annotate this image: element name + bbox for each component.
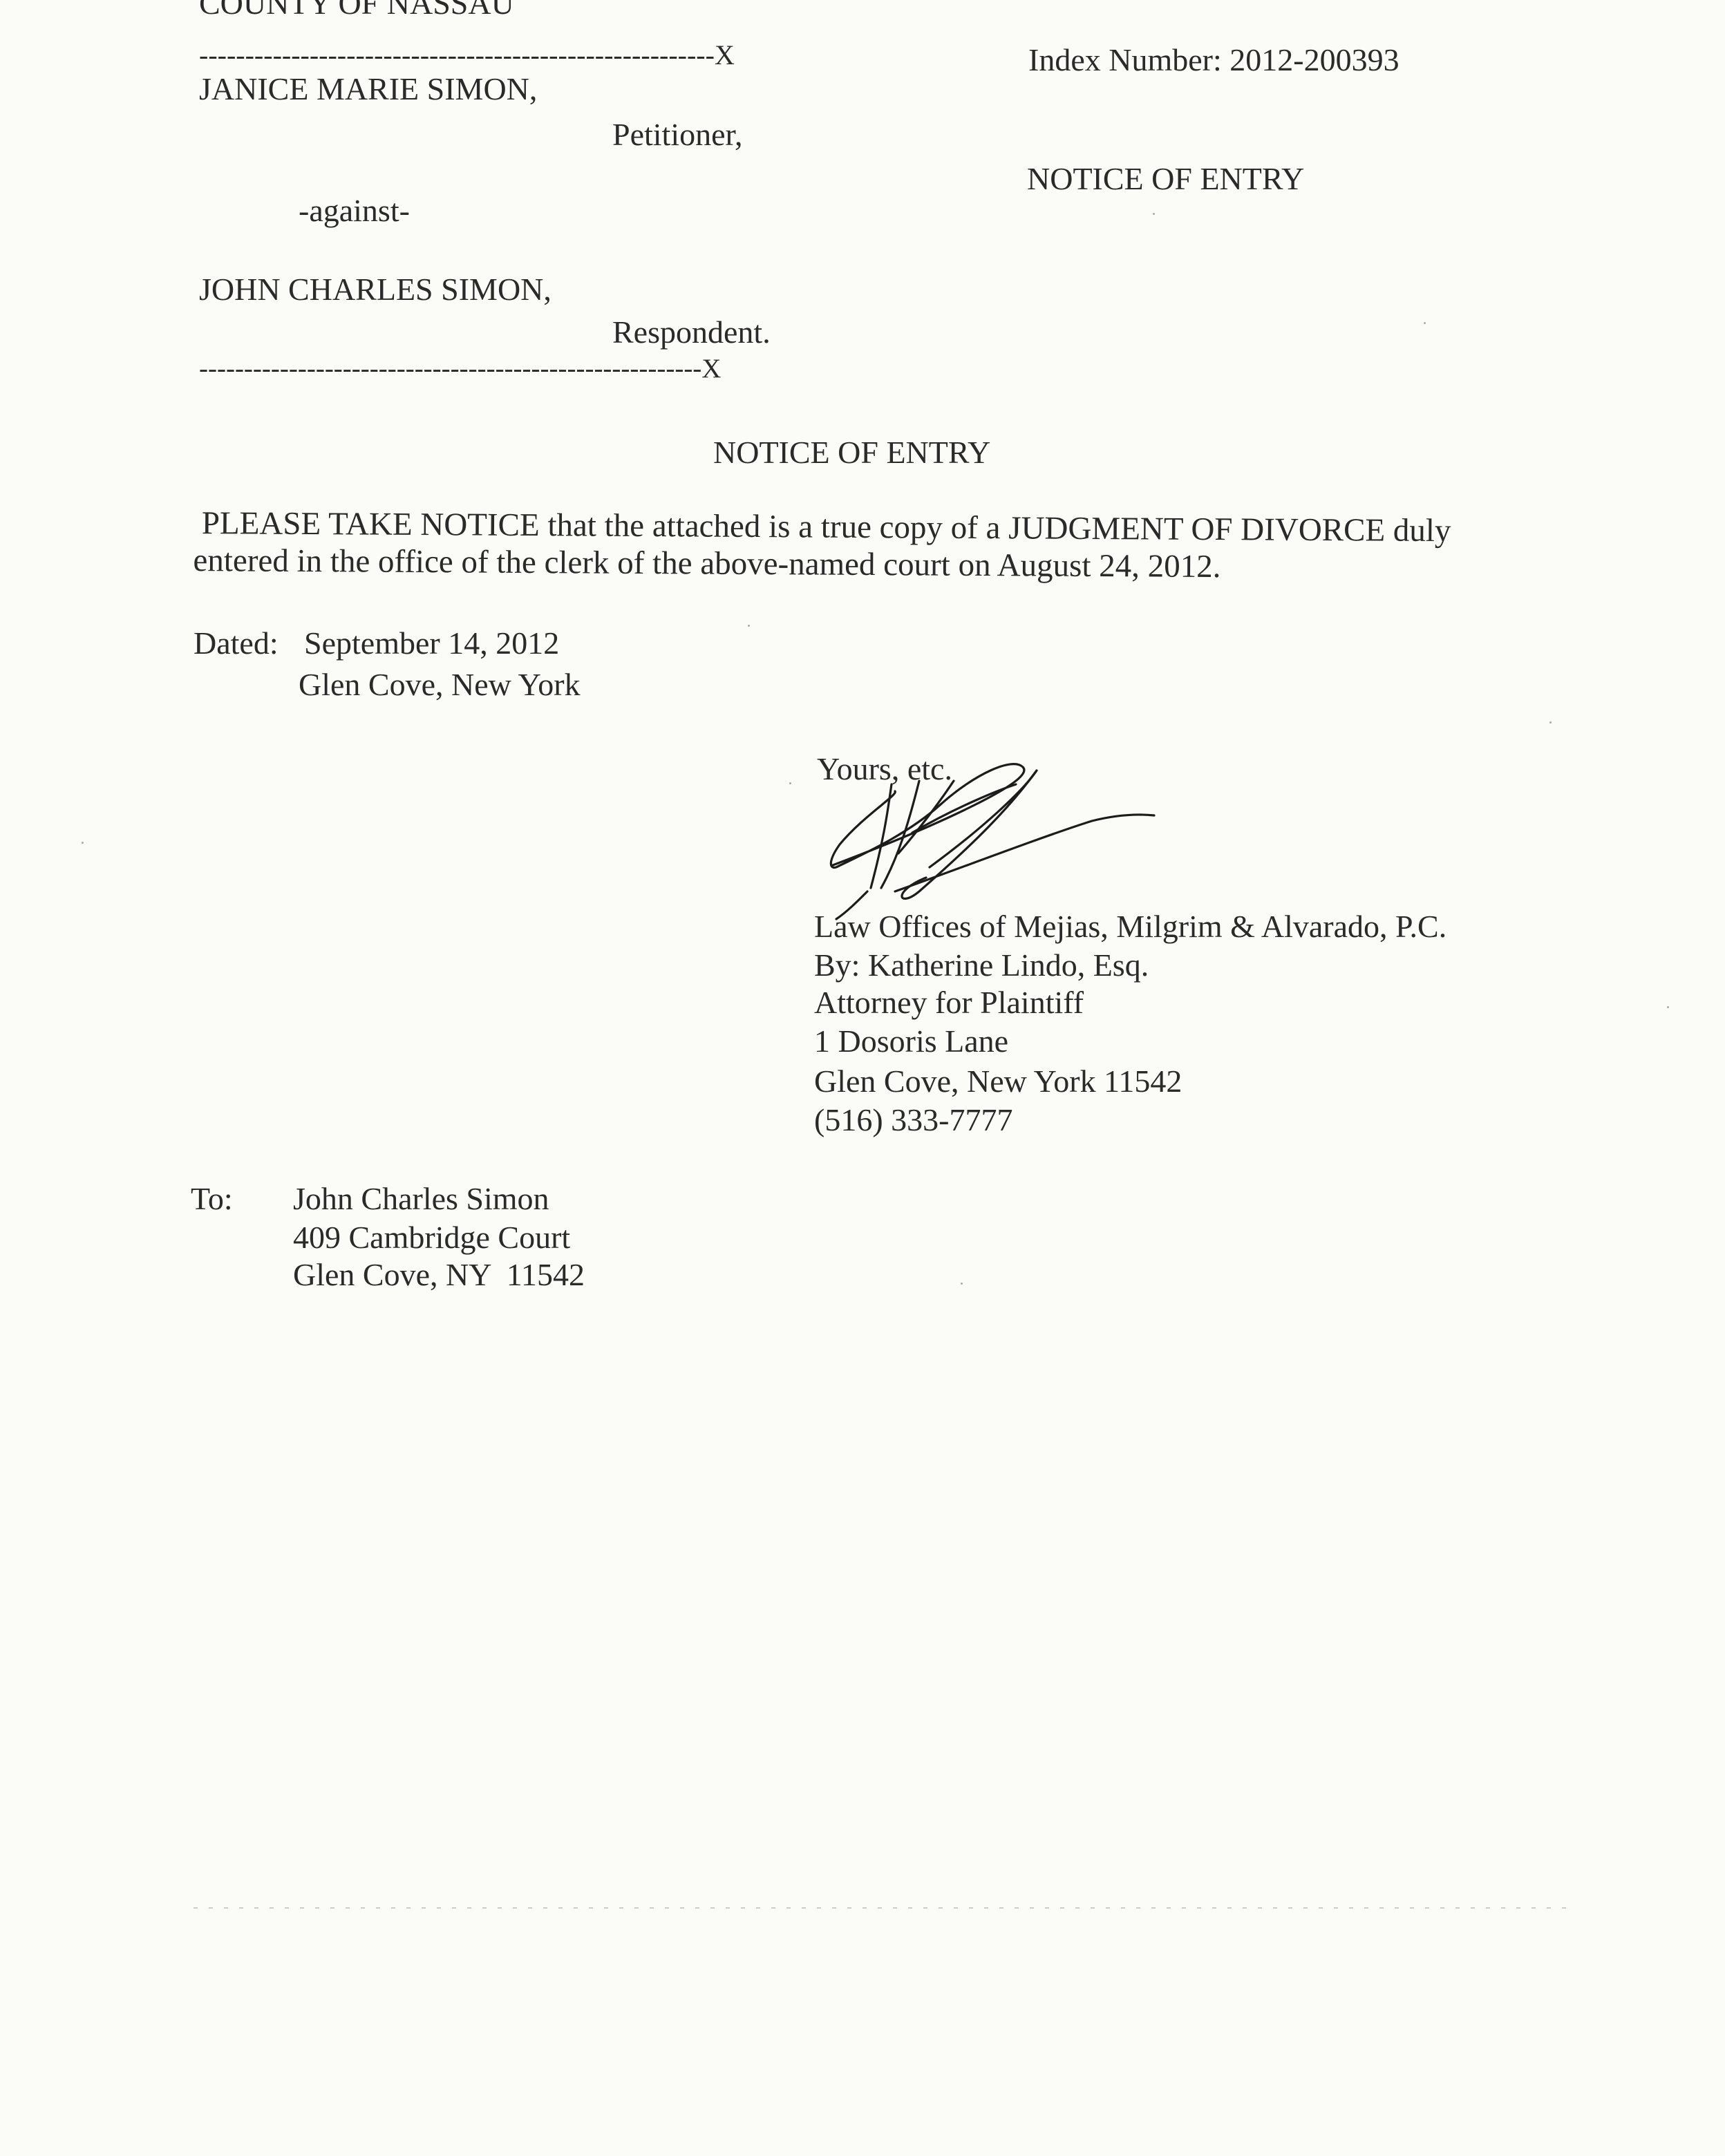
firm-phone: (516) 333-7777 — [814, 1104, 1012, 1136]
scan-speck — [1424, 322, 1426, 324]
dated-label: Dated: — [194, 627, 279, 659]
scan-speck — [1667, 1006, 1669, 1008]
respondent-role: Respondent. — [612, 316, 771, 348]
scan-speck — [961, 1283, 963, 1285]
firm-address-1: 1 Dosoris Lane — [814, 1025, 1008, 1057]
county-heading: COUNTY OF NASSAU — [199, 0, 514, 19]
handwritten-signature — [816, 753, 1244, 933]
respondent-name: JOHN CHARLES SIMON, — [199, 274, 552, 305]
dated-place: Glen Cove, New York — [299, 669, 581, 701]
scan-speck — [748, 625, 750, 627]
recipient-address-1: 409 Cambridge Court — [293, 1222, 570, 1254]
caption-rule-bottom: ----------------------------------------… — [199, 355, 721, 382]
index-number: Index Number: 2012-200393 — [1028, 44, 1399, 76]
scanned-document-page: COUNTY OF NASSAU -----------------------… — [0, 0, 1725, 2156]
scan-speck — [789, 782, 791, 784]
notice-of-entry-side-label: NOTICE OF ENTRY — [1027, 163, 1304, 195]
against-label: -against- — [299, 195, 410, 227]
document-title: NOTICE OF ENTRY — [713, 437, 990, 469]
petitioner-name: JANICE MARIE SIMON, — [199, 73, 537, 105]
scan-speck — [82, 842, 84, 844]
petitioner-role: Petitioner, — [612, 119, 743, 151]
recipient-address-2: Glen Cove, NY 11542 — [293, 1259, 585, 1291]
scan-artifact-line — [194, 1907, 1569, 1909]
dated-date: September 14, 2012 — [304, 627, 559, 659]
scan-speck — [1549, 721, 1552, 724]
recipient-label: To: — [191, 1183, 233, 1215]
law-firm-name: Law Offices of Mejias, Milgrim & Alvarad… — [814, 911, 1446, 943]
attorney-role: Attorney for Plaintiff — [814, 987, 1084, 1019]
notice-paragraph: PLEASE TAKE NOTICE that the attached is … — [193, 504, 1548, 587]
firm-address-2: Glen Cove, New York 11542 — [814, 1066, 1182, 1097]
attorney-name: By: Katherine Lindo, Esq. — [814, 949, 1149, 981]
recipient-name: John Charles Simon — [293, 1183, 549, 1215]
scan-speck — [1153, 213, 1155, 215]
caption-rule-top: ----------------------------------------… — [199, 41, 735, 69]
